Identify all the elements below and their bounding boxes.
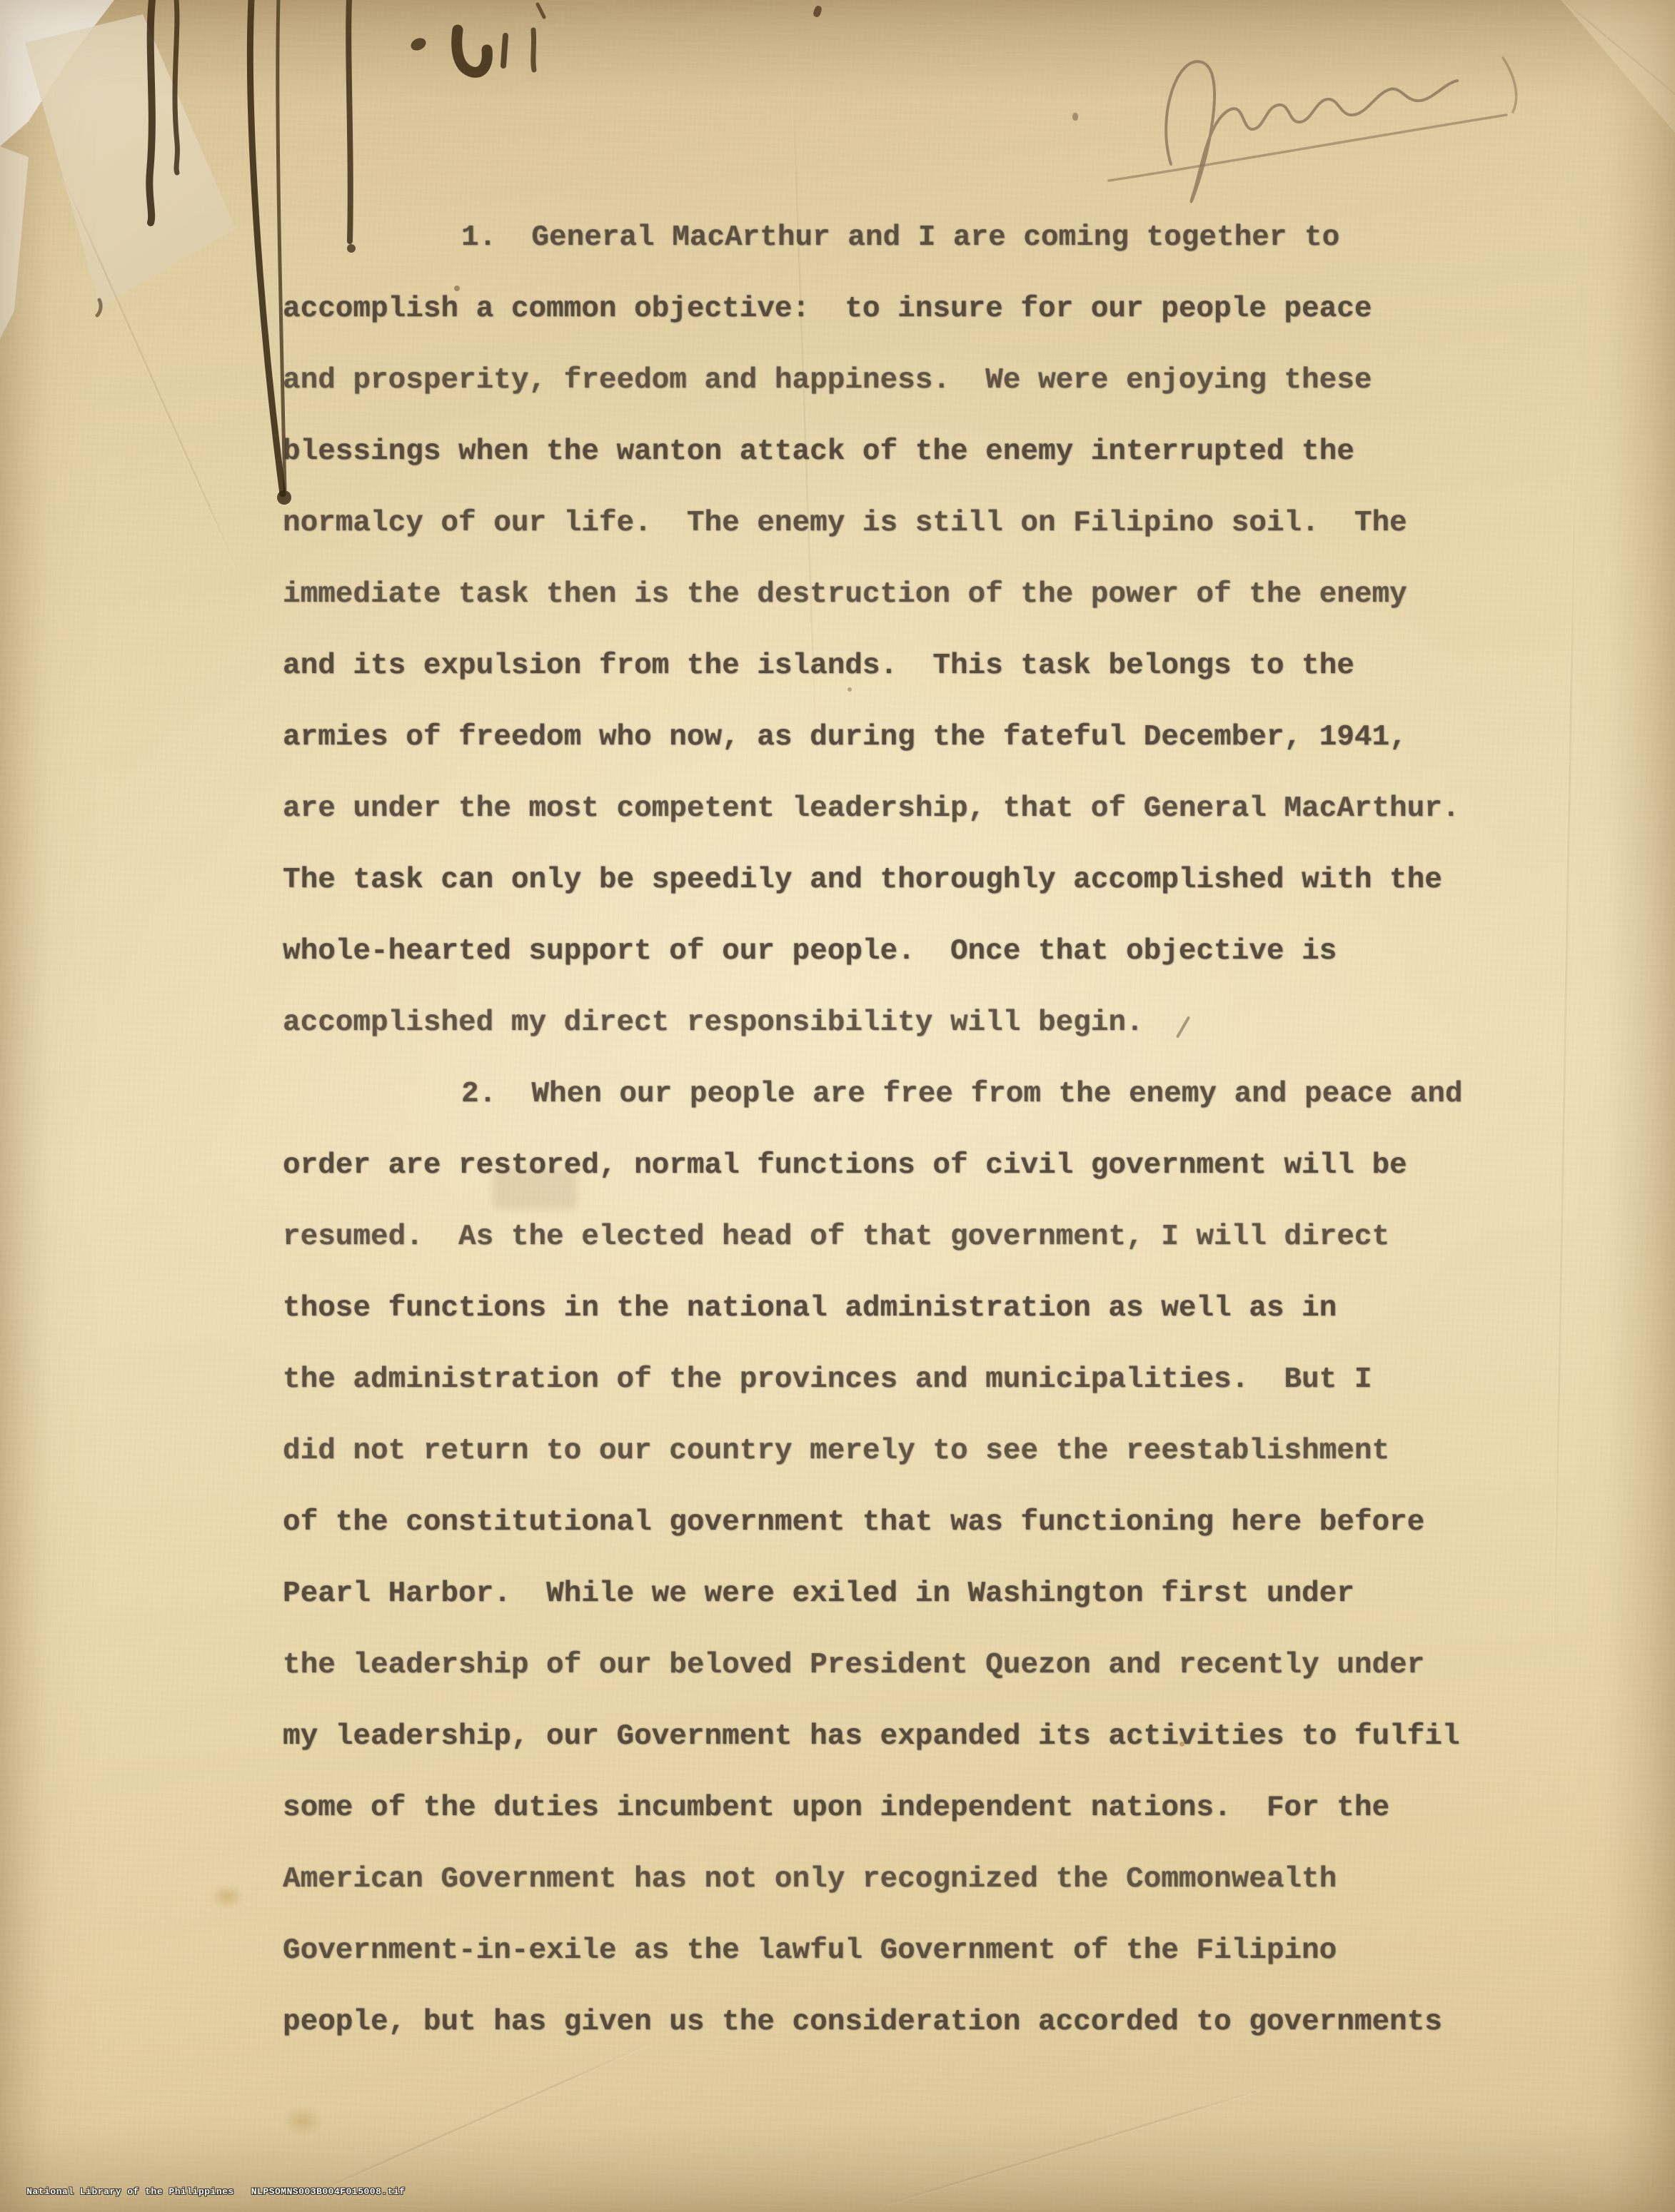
typed-line: the administration of the provinces and … bbox=[283, 1344, 1539, 1415]
typed-line: blessings when the wanton attack of the … bbox=[283, 416, 1539, 488]
typed-line: my leadership, our Government has expand… bbox=[283, 1701, 1539, 1772]
typed-line: order are restored, normal functions of … bbox=[283, 1130, 1539, 1201]
typed-line: immediate task then is the destruction o… bbox=[283, 559, 1539, 630]
typed-line: of the constitutional government that wa… bbox=[283, 1487, 1539, 1558]
typed-line: the leadership of our beloved President … bbox=[283, 1630, 1539, 1701]
typed-line: did not return to our country merely to … bbox=[283, 1415, 1539, 1487]
scan-footer: National Library of the PhilippinesNLPSO… bbox=[3, 2176, 406, 2208]
typed-line: are under the most competent leadership,… bbox=[283, 773, 1539, 844]
scanned-document-page: 1. General MacArthur and I are coming to… bbox=[0, 0, 1675, 2212]
typed-line: accomplished my direct responsibility wi… bbox=[283, 987, 1539, 1059]
typed-text: 1. General MacArthur and I are coming to… bbox=[283, 202, 1539, 2058]
typed-line: normalcy of our life. The enemy is still… bbox=[283, 488, 1539, 559]
typed-line: The task can only be speedily and thorou… bbox=[283, 844, 1539, 916]
typed-line: those functions in the national administ… bbox=[283, 1273, 1539, 1344]
typed-line: 2. When our people are free from the ene… bbox=[283, 1059, 1539, 1130]
typed-line: 1. General MacArthur and I are coming to… bbox=[283, 202, 1539, 273]
footer-filename: NLPSOMNS003B004F015008.tif bbox=[251, 2186, 406, 2197]
typed-line: Pearl Harbor. While we were exiled in Wa… bbox=[283, 1558, 1539, 1630]
typed-line: some of the duties incumbent upon indepe… bbox=[283, 1772, 1539, 1844]
typed-line: resumed. As the elected head of that gov… bbox=[283, 1201, 1539, 1273]
typed-line: and prosperity, freedom and happiness. W… bbox=[283, 345, 1539, 416]
typed-line: Government-in-exile as the lawful Govern… bbox=[283, 1915, 1539, 1986]
typed-line: people, but has given us the considerati… bbox=[283, 1986, 1539, 2058]
typed-line: whole-hearted support of our people. Onc… bbox=[283, 916, 1539, 987]
typed-line: armies of freedom who now, as during the… bbox=[283, 702, 1539, 773]
typed-line: and its expulsion from the islands. This… bbox=[283, 630, 1539, 702]
typed-line: accomplish a common objective: to insure… bbox=[283, 273, 1539, 345]
ink-mark bbox=[1072, 113, 1078, 121]
typed-line: American Government has not only recogni… bbox=[283, 1844, 1539, 1915]
footer-institution: National Library of the Philippines bbox=[26, 2186, 234, 2197]
